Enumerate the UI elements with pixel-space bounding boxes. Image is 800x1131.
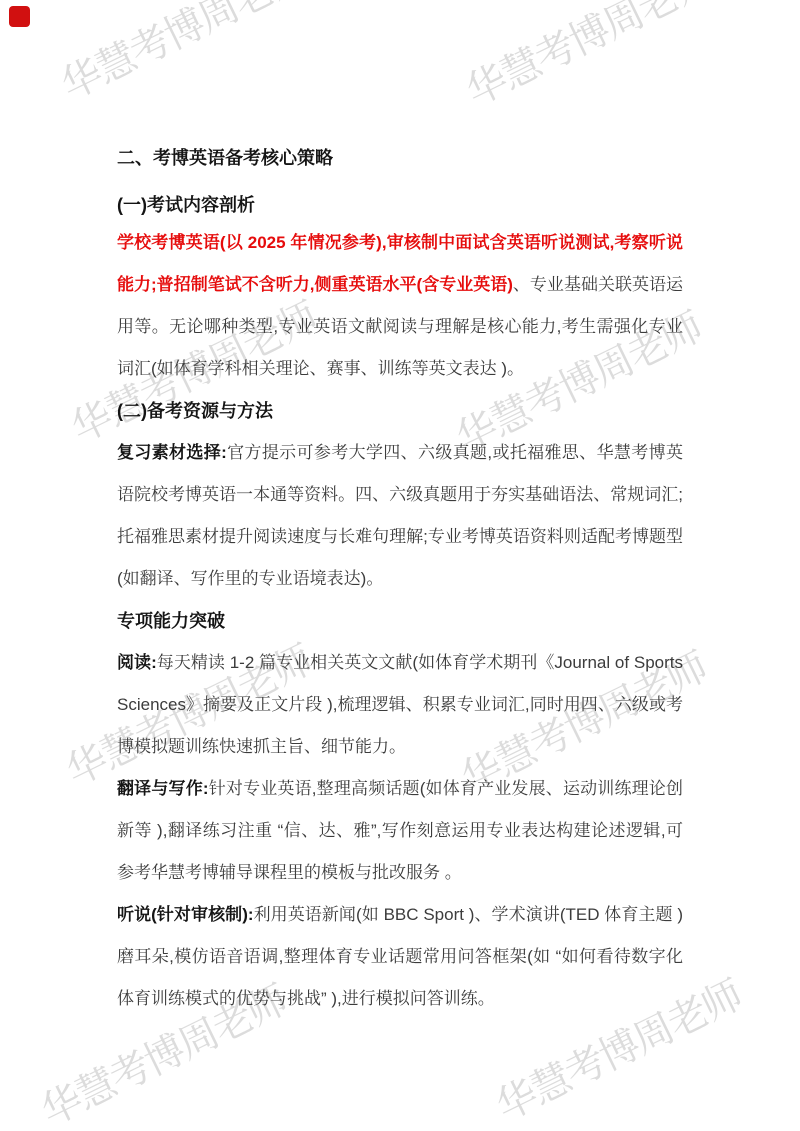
corner-marker [9, 6, 30, 27]
doc-title: 二、考博英语备考核心策略 [117, 137, 683, 179]
section-heading-skills: 专项能力突破 [117, 600, 683, 642]
paragraph-text: 官方提示可参考大学四、六级真题,或托福雅思、华慧考博英语院校考博英语一本通等资料… [117, 443, 683, 588]
watermark-text: 华慧考博周老师 [459, 0, 719, 116]
paragraph-text: 每天精读 1-2 篇专业相关英文文献(如体育学术期刊《Journal of Sp… [117, 653, 683, 756]
paragraph-materials: 复习素材选择:官方提示可参考大学四、六级真题,或托福雅思、华慧考博英语院校考博英… [117, 432, 683, 600]
paragraph-listening-speaking: 听说(针对审核制):利用英语新闻(如 BBC Sport )、学术演讲(TED … [117, 894, 683, 1020]
section-heading-resources: (二)备考资源与方法 [117, 390, 683, 432]
paragraph-label: 听说(针对审核制): [117, 905, 254, 924]
watermark-text: 华慧考博周老师 [54, 0, 314, 110]
paragraph-reading: 阅读:每天精读 1-2 篇专业相关英文文献(如体育学术期刊《Journal of… [117, 642, 683, 768]
document-page: { "page": { "background": "#ffffff", "co… [0, 0, 800, 1131]
paragraph-label: 阅读: [117, 653, 157, 672]
paragraph-label: 复习素材选择: [117, 443, 227, 462]
section-heading-exam-content: (一)考试内容剖析 [117, 184, 683, 226]
paragraph-label: 翻译与写作: [117, 779, 209, 798]
paragraph-exam-content: 学校考博英语(以 2025 年情况参考),审核制中面试含英语听说测试,考察听说能… [117, 222, 683, 390]
document-body: 二、考博英语备考核心策略 (一)考试内容剖析 学校考博英语(以 2025 年情况… [117, 137, 683, 1020]
paragraph-translation-writing: 翻译与写作:针对专业英语,整理高频话题(如体育产业发展、运动训练理论创新等 ),… [117, 768, 683, 894]
